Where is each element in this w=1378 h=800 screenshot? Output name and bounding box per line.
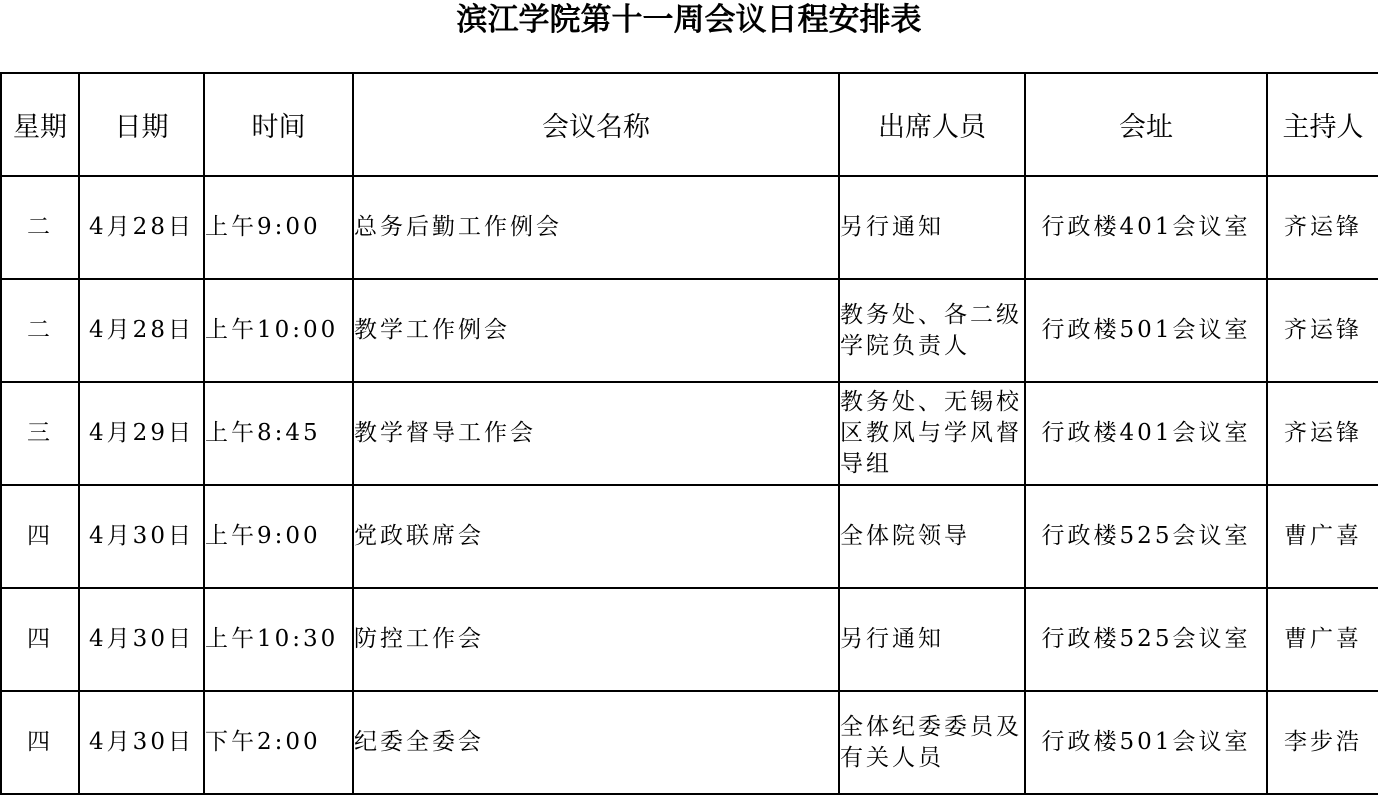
cell-date: 4月28日	[79, 279, 204, 382]
cell-date: 4月29日	[79, 382, 204, 485]
cell-attendees: 教务处、各二级学院负责人	[839, 279, 1025, 382]
cell-location: 行政楼525会议室	[1025, 588, 1267, 691]
cell-attendees: 另行通知	[839, 588, 1025, 691]
cell-location: 行政楼525会议室	[1025, 485, 1267, 588]
cell-weekday: 四	[1, 485, 79, 588]
table-row: 二 4月28日 上午9:00 总务后勤工作例会 另行通知 行政楼401会议室 齐…	[1, 176, 1378, 279]
cell-date: 4月28日	[79, 176, 204, 279]
cell-attendees: 另行通知	[839, 176, 1025, 279]
cell-attendees: 教务处、无锡校区教风与学风督导组	[839, 382, 1025, 485]
header-location: 会址	[1025, 73, 1267, 176]
cell-location: 行政楼501会议室	[1025, 279, 1267, 382]
cell-host: 齐运锋	[1267, 382, 1378, 485]
cell-location: 行政楼401会议室	[1025, 176, 1267, 279]
cell-meeting-name: 教学督导工作会	[353, 382, 839, 485]
header-host: 主持人	[1267, 73, 1378, 176]
cell-location: 行政楼501会议室	[1025, 691, 1267, 794]
cell-attendees: 全体纪委委员及有关人员	[839, 691, 1025, 794]
header-row: 星期 日期 时间 会议名称 出席人员 会址 主持人	[1, 73, 1378, 176]
cell-time: 上午10:00	[204, 279, 353, 382]
cell-time: 上午9:00	[204, 176, 353, 279]
cell-date: 4月30日	[79, 485, 204, 588]
cell-weekday: 二	[1, 279, 79, 382]
cell-host: 曹广喜	[1267, 588, 1378, 691]
cell-time: 上午8:45	[204, 382, 353, 485]
cell-time: 下午2:00	[204, 691, 353, 794]
table-row: 四 4月30日 上午9:00 党政联席会 全体院领导 行政楼525会议室 曹广喜	[1, 485, 1378, 588]
cell-meeting-name: 总务后勤工作例会	[353, 176, 839, 279]
cell-weekday: 二	[1, 176, 79, 279]
page-title: 滨江学院第十一周会议日程安排表	[0, 0, 1378, 40]
header-date: 日期	[79, 73, 204, 176]
table-row: 四 4月30日 下午2:00 纪委全委会 全体纪委委员及有关人员 行政楼501会…	[1, 691, 1378, 794]
cell-location: 行政楼401会议室	[1025, 382, 1267, 485]
header-meeting-name: 会议名称	[353, 73, 839, 176]
cell-date: 4月30日	[79, 588, 204, 691]
cell-host: 李步浩	[1267, 691, 1378, 794]
cell-weekday: 四	[1, 588, 79, 691]
header-weekday: 星期	[1, 73, 79, 176]
cell-attendees: 全体院领导	[839, 485, 1025, 588]
cell-time: 上午9:00	[204, 485, 353, 588]
cell-meeting-name: 党政联席会	[353, 485, 839, 588]
cell-time: 上午10:30	[204, 588, 353, 691]
meeting-schedule-table: 星期 日期 时间 会议名称 出席人员 会址 主持人 二 4月28日 上午9:00…	[0, 72, 1378, 795]
table-row: 二 4月28日 上午10:00 教学工作例会 教务处、各二级学院负责人 行政楼5…	[1, 279, 1378, 382]
cell-host: 曹广喜	[1267, 485, 1378, 588]
cell-date: 4月30日	[79, 691, 204, 794]
cell-host: 齐运锋	[1267, 279, 1378, 382]
cell-meeting-name: 纪委全委会	[353, 691, 839, 794]
cell-weekday: 三	[1, 382, 79, 485]
cell-weekday: 四	[1, 691, 79, 794]
header-time: 时间	[204, 73, 353, 176]
table-row: 三 4月29日 上午8:45 教学督导工作会 教务处、无锡校区教风与学风督导组 …	[1, 382, 1378, 485]
cell-meeting-name: 教学工作例会	[353, 279, 839, 382]
header-attendees: 出席人员	[839, 73, 1025, 176]
cell-meeting-name: 防控工作会	[353, 588, 839, 691]
cell-host: 齐运锋	[1267, 176, 1378, 279]
table-row: 四 4月30日 上午10:30 防控工作会 另行通知 行政楼525会议室 曹广喜	[1, 588, 1378, 691]
